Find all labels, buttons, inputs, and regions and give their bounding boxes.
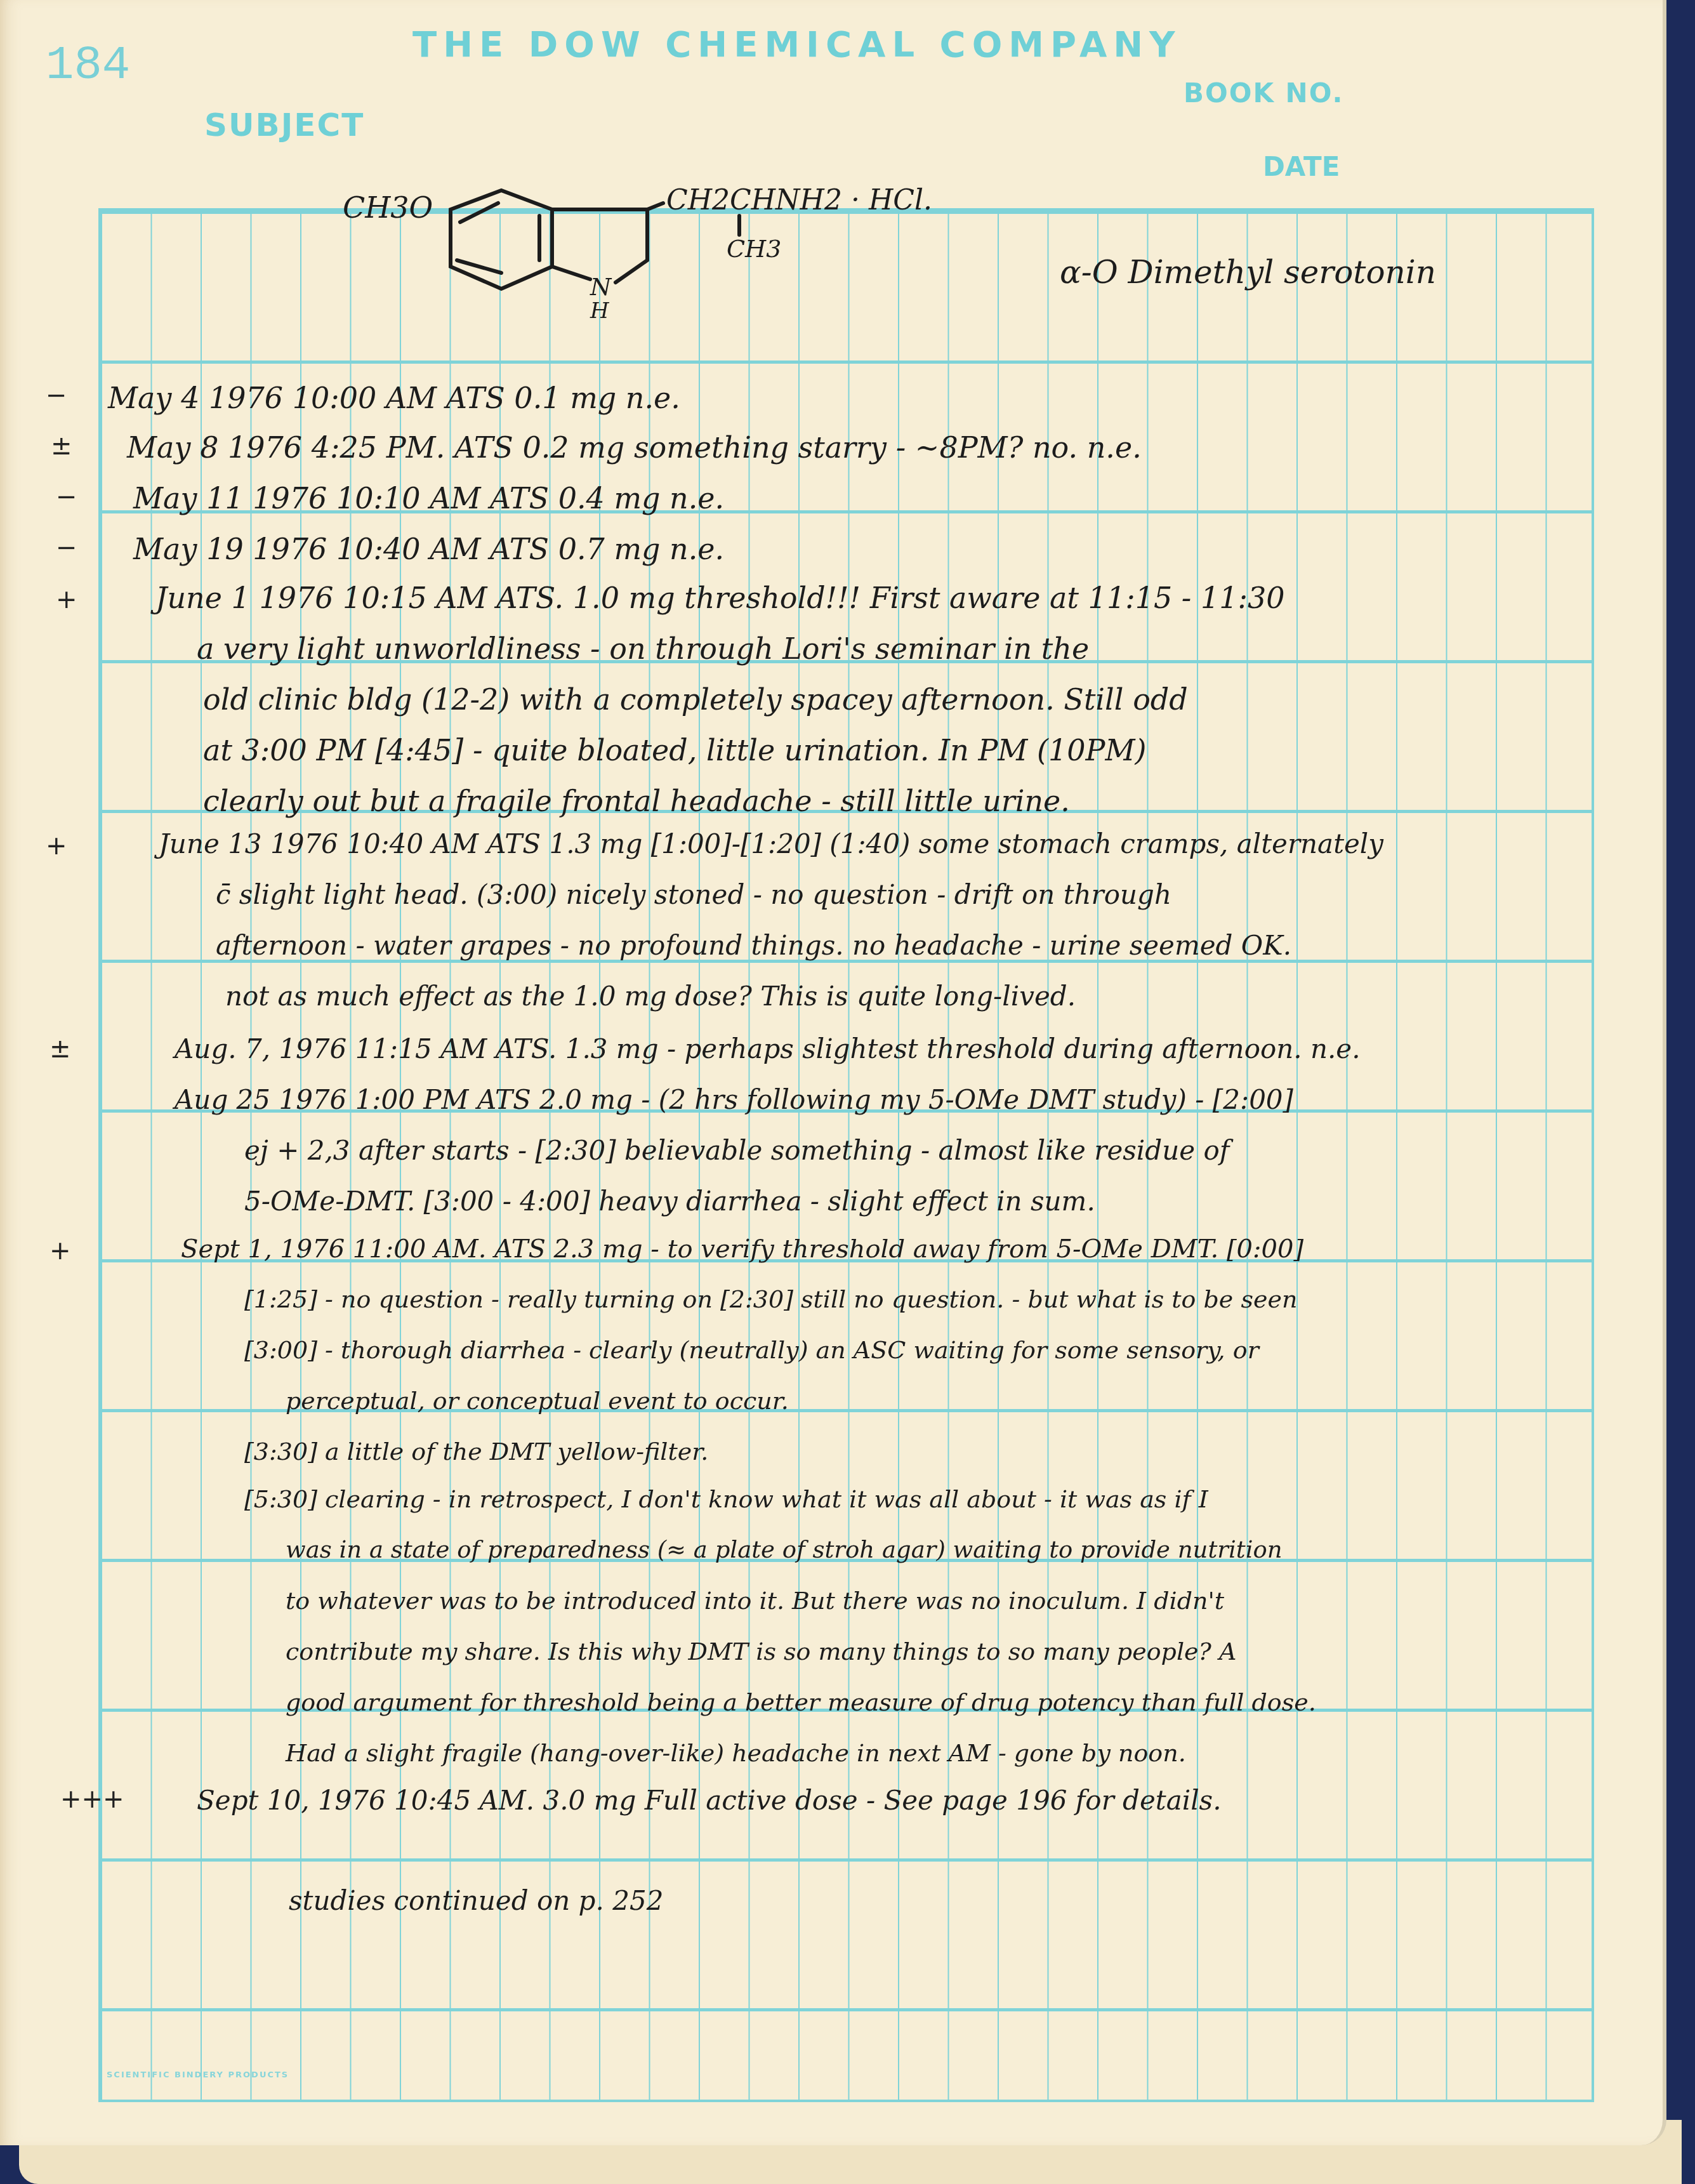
entry-line: perceptual, or conceptual event to occur…	[286, 1387, 789, 1415]
subject-label: SUBJECT	[204, 107, 364, 143]
chemical-structure: CH3O CH2CHNH2 · HCl. CH3 N H	[381, 178, 952, 321]
entry-line: June 13 1976 10:40 AM ATS 1.3 mg [1:00]-…	[159, 828, 1383, 859]
bindery-brand: SCIENTIFIC BINDERY PRODUCTS	[107, 2070, 289, 2080]
compound-name: α-O Dimethyl serotonin	[1060, 254, 1436, 291]
entry-line: [5:30] clearing - in retrospect, I don't…	[244, 1485, 1208, 1513]
result-mark: +	[49, 1236, 71, 1266]
continuation-note: studies continued on p. 252	[289, 1885, 663, 1916]
book-no-label: BOOK NO.	[1184, 77, 1343, 109]
entry-line: Had a slight fragile (hang-over-like) he…	[286, 1739, 1186, 1767]
result-mark: +++	[60, 1785, 124, 1814]
methyl-group: CH3	[727, 235, 781, 263]
date-label: DATE	[1263, 151, 1340, 182]
result-mark: +	[46, 831, 67, 861]
page-number: 184	[46, 39, 130, 93]
result-mark: −	[46, 381, 67, 410]
entry-line: ej + 2,3 after starts - [2:30] believabl…	[244, 1135, 1229, 1166]
entry-line: old clinic bldg (12-2) with a completely…	[203, 682, 1188, 717]
entry-line: May 19 1976 10:40 AM ATS 0.7 mg n.e.	[133, 532, 724, 566]
entry-line: Aug 25 1976 1:00 PM ATS 2.0 mg - (2 hrs …	[175, 1084, 1293, 1115]
entry-line: Aug. 7, 1976 11:15 AM ATS. 1.3 mg - perh…	[175, 1033, 1361, 1064]
result-mark: −	[56, 533, 77, 562]
entry-line: contribute my share. Is this why DMT is …	[286, 1638, 1236, 1665]
entry-line: good argument for threshold being a bett…	[286, 1688, 1316, 1716]
entry-line: clearly out but a fragile frontal headac…	[203, 784, 1070, 818]
company-header: THE DOW CHEMICAL COMPANY	[412, 24, 1182, 65]
ring-nitrogen: N	[590, 273, 611, 301]
entry-line: May 8 1976 4:25 PM. ATS 0.2 mg something…	[127, 430, 1142, 465]
result-mark: +	[56, 585, 77, 614]
result-mark: −	[56, 482, 77, 512]
entry-line: May 11 1976 10:10 AM ATS 0.4 mg n.e.	[133, 481, 724, 515]
result-mark: ±	[49, 1035, 71, 1064]
methoxy-group: CH3O	[343, 190, 433, 225]
entry-line: afternoon - water grapes - no profound t…	[216, 930, 1291, 961]
entry-line: a very light unworldliness - on through …	[197, 632, 1089, 666]
notebook-page: 184 THE DOW CHEMICAL COMPANY BOOK NO. SU…	[0, 0, 1666, 2145]
entry-line: [1:25] - no question - really turning on…	[244, 1285, 1297, 1313]
result-mark: ±	[51, 432, 72, 461]
entry-line: was in a state of preparedness (≈ a plat…	[286, 1536, 1283, 1563]
entry-line: May 4 1976 10:00 AM ATS 0.1 mg n.e.	[108, 381, 680, 415]
entry-line: Sept 1, 1976 11:00 AM. ATS 2.3 mg - to v…	[181, 1234, 1303, 1264]
entry-line: to whatever was to be introduced into it…	[286, 1587, 1224, 1615]
side-chain: CH2CHNH2 · HCl.	[666, 184, 932, 216]
entry-line: not as much effect as the 1.0 mg dose? T…	[225, 981, 1076, 1012]
entry-line: c̄ slight light head. (3:00) nicely ston…	[216, 879, 1171, 910]
entry-line: June 1 1976 10:15 AM ATS. 1.0 mg thresho…	[155, 581, 1285, 615]
entry-line: at 3:00 PM [4:45] - quite bloated, littl…	[203, 733, 1147, 767]
entry-line: [3:00] - thorough diarrhea - clearly (ne…	[244, 1336, 1259, 1364]
entry-line: Sept 10, 1976 10:45 AM. 3.0 mg Full acti…	[197, 1785, 1222, 1816]
ring-hydrogen: H	[590, 298, 609, 324]
entry-line: [3:30] a little of the DMT yellow-filter…	[244, 1438, 708, 1466]
entry-line: 5-OMe-DMT. [3:00 - 4:00] heavy diarrhea …	[244, 1186, 1095, 1217]
